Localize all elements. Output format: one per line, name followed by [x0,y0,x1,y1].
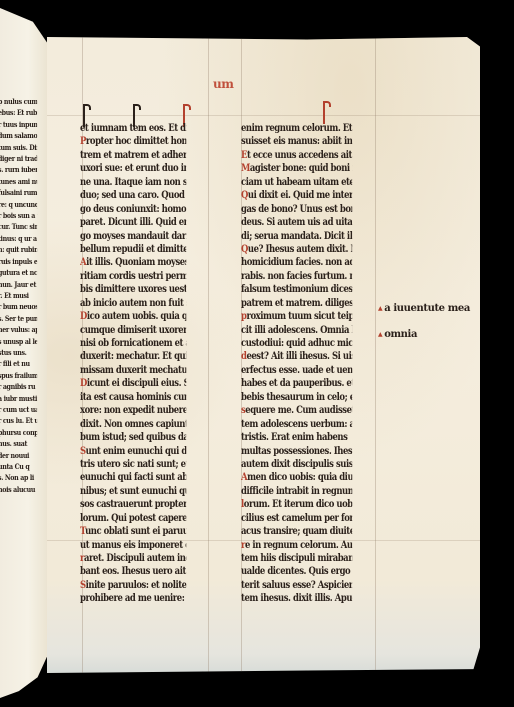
facing-text-line: r tuus inpuns udd [0,119,37,130]
facing-text-line: nus. suat [0,438,37,449]
text-line: ut manus eis imponeret et o [80,539,186,552]
text-line: proximum tuum sicut teipsum. Di [241,310,352,323]
text-line: deest? Ait illi ihesus. Si uis p [241,350,352,363]
text-line: prohibere ad me uenire: talium est [80,592,186,605]
facing-text-line: diger ni tradere uni [0,153,37,164]
manuscript-page: um et iumnam tem eos. Et diqitPropter ho… [47,37,480,673]
text-line: acus transire; quam diuitem intra [241,525,352,538]
text-line: cilius est camelum per foramen [241,512,352,525]
facing-text-line: p nulus cum, dnis & [0,96,37,107]
text-line: habes et da pauperibus. et ha [241,377,352,390]
text-line: Dicunt ei discipuli eius. Si [80,377,186,390]
marginal-note: ▲omnia [378,329,417,340]
text-line: eunuchi qui facti sunt ab homi [80,471,186,484]
facing-text-line: r agnibis ru [0,381,37,392]
text-line: tem ihesus. dixit illis. Apud ho [241,592,352,605]
text-line: ab inicio autem non fuit sic. [80,297,186,310]
facing-text-line: hois alucuu [0,484,37,495]
text-line: uxori sue: et erunt duo in car [80,162,186,175]
text-line: ualde dicentes. Quis ergo po [241,565,352,578]
text-line: go moyses mandauit dari li [80,230,186,243]
rubricated-initial: s [241,404,245,416]
text-line: Que? Ihesus autem dixit. Non [241,243,352,256]
facing-text-line: ner vulus: ap [0,324,37,335]
rubricated-initial: E [241,149,247,161]
rubricated-initial: A [241,471,247,483]
text-line: Sinite paruulos: et nolite eos [80,579,186,592]
text-line: terit saluus esse? Aspiciens au [241,579,352,592]
rubricated-initial: S [80,445,86,457]
facing-text-line: r bois sun a ui [0,210,37,221]
text-line: Dico autem uobis. quia qui [80,310,186,323]
text-line: tris utero sic nati sunt; et sunt [80,458,186,471]
text-line: paret. Dicunt illi. Quid er [80,216,186,229]
rubricated-initial: M [241,162,250,174]
text-line: nibus; et sunt eunuchi qui seip [80,485,186,498]
text-line: duo; sed una caro. Quod er [80,189,186,202]
ruling-line [47,115,480,116]
text-line: custodiui: quid adhuc michi [241,337,352,350]
text-line: Sunt enim eunuchi qui de ma [80,445,186,458]
text-line: trem et matrem et adherebit [80,149,186,162]
rubricated-initial: l [241,498,244,510]
facing-text-line: r fili et nu [0,358,37,369]
facing-text-line: s. Non ap li [0,472,37,483]
text-line: ita est causa hominis cum u [80,391,186,404]
facing-text-line: tum suis. Dixit qui [0,142,37,153]
text-line: Et ecce unus accedens ait illi. [241,149,352,162]
facing-text-line: spus frailum [0,370,37,381]
text-line: bis dimittere uxores uestras; [80,283,186,296]
facing-text-line: r bum neuos [0,301,37,312]
facing-text-line: n: quit rubin [0,244,37,255]
text-line: Qui dixit ei. Quid me interro [241,189,352,202]
rubricated-initial: P [80,135,86,147]
text-line: Magister bone: quid boni fa [241,162,352,175]
text-line: cit illi adolescens. Omnia hec [241,324,352,337]
facing-text-line: stus uns. [0,347,37,358]
facing-text-line: der nouui [0,450,37,461]
text-line: rabis. non facies furtum. non [241,270,352,283]
text-line: nisi ob fornicationem et aliam [80,337,186,350]
text-line: ritiam cordis uestri permisit uo [80,270,186,283]
text-line: tem hiis discipuli mirabantur [241,552,352,565]
text-line: lorum. Et iterum dico uobis. Fa [241,498,352,511]
rubricated-initial: S [80,579,86,591]
text-line: multas possessiones. Ihesus [241,445,352,458]
text-line: sequere me. Cum audisset au [241,404,352,417]
text-line: go deus coniunxit: homo non se [80,203,186,216]
facing-text-line: cur. Tunc sinal [0,221,37,232]
rubricated-initial: D [80,310,87,322]
text-line: patrem et matrem. diliges [241,297,352,310]
ascender-flourish [323,102,325,124]
text-line: dixit. Non omnes capiunt uer [80,418,186,431]
text-line: erfectus esse. uade et uende que [241,364,352,377]
text-line: suisset eis manus: abiit inde. [241,135,352,148]
facing-text-line: s unusp al le [0,336,37,347]
ruling-line [375,37,376,673]
text-line: ciam ut habeam uitam eterna? [241,176,352,189]
facing-text-line: s. rurn iubene bara [0,164,37,175]
text-line: cumque dimiserit uxorem suam [80,324,186,337]
facing-page-curl: p nulus cum, dnis &ebus: Et rubricis unl… [0,8,47,698]
text-column-left: et iumnam tem eos. Et diqitPropter hoc d… [80,122,208,606]
text-line: gas de bono? Unus est bonus [241,203,352,216]
text-line: tem adolescens uerbum: abiit [241,418,352,431]
facing-text-line: gutura et nc mo [0,267,37,278]
rubricated-initial: r [241,539,245,551]
rubricated-initial: d [241,350,246,362]
marginal-note: ▲a iuuentute mea [378,303,470,314]
rubricated-initial: Q [241,243,248,255]
reference-mark-icon: ▲ [378,305,382,312]
text-line: bebis thesaurum in celo; et ueni [241,391,352,404]
text-line: Ait illis. Quoniam moyses ad du [80,256,186,269]
text-line: Tunc oblati sunt ei paruuli; [80,525,186,538]
facing-text-line: r. Et musi [0,290,37,301]
rubricated-initial: A [80,256,86,268]
text-line: deus. Si autem uis ad uitam ingre [241,216,352,229]
text-line: ne una. Itaque iam non sunt [80,176,186,189]
text-line: difficile intrabit in regnum ce [241,485,352,498]
facing-text-line: phursu conpe [0,427,37,438]
text-line: et iumnam tem eos. Et diqit [80,122,186,135]
facing-text-line: tunes ami nu [0,176,37,187]
text-line: bum istud; sed quibus datum est. [80,431,186,444]
text-line: falsum testimonium dices. honora [241,283,352,296]
running-head: um [213,77,233,91]
facing-text-line: re: q uncunq uo [0,199,37,210]
text-line: bellum repudii et dimittere? [80,243,186,256]
facing-text-line: ebus: Et rubricis unl [0,107,37,118]
text-column-right: enim regnum celorum. Et cum imposuisset … [241,122,375,606]
text-line: autem dixit discipulis suis. [241,458,352,471]
text-line: re in regnum celorum. Auditis au [241,539,352,552]
facing-text-line: tinus: q ur a dir [0,233,37,244]
text-line: lorum. Qui potest capere capiat. [80,512,186,525]
text-line: missam duxerit mechatur. [80,364,186,377]
text-line: tristis. Erat enim habens [241,431,352,444]
text-line: duxerit: mechatur. Et qui di [80,350,186,363]
text-line: Propter hoc dimittet homo pa [80,135,186,148]
facing-text-line: a iubr mustinu [0,393,37,404]
facing-text-line: ruis inpuls et tur [0,256,37,267]
text-line: di; serua mandata. Dicit illi. [241,230,352,243]
rubricated-initial: D [80,377,87,389]
facing-text-line: unta Cu q [0,461,37,472]
rubricated-initial: p [241,310,246,322]
text-line: enim regnum celorum. Et cum impo [241,122,352,135]
facing-text-line: r cum uct ua [0,404,37,415]
text-line: Amen dico uobis: quia diues [241,471,352,484]
facing-text-line: nun. Jaur et uptu [0,279,37,290]
facing-text-line: r cus lu. Et ud [0,415,37,426]
rubricated-initial: r [80,552,84,564]
facing-text-line: fulsaini rum bel [0,187,37,198]
facing-page-text: p nulus cum, dnis &ebus: Et rubricis unl… [0,96,37,495]
rubricated-initial: T [80,525,85,537]
facing-text-line: s. Ser te pum uu [0,313,37,324]
text-line: homicidium facies. non adulte [241,256,352,269]
facing-text-line: dum salamo ci re [0,130,37,141]
text-line: sos castrauerunt propter regnum ce [80,498,186,511]
text-line: xore: non expedit nubere. Qui [80,404,186,417]
text-line: bant eos. Ihesus uero ait eis. [80,565,186,578]
rubricated-initial: Q [241,189,248,201]
ruling-line [208,37,209,673]
reference-mark-icon: ▲ [378,331,382,338]
text-line: raret. Discipuli autem increpa [80,552,186,565]
